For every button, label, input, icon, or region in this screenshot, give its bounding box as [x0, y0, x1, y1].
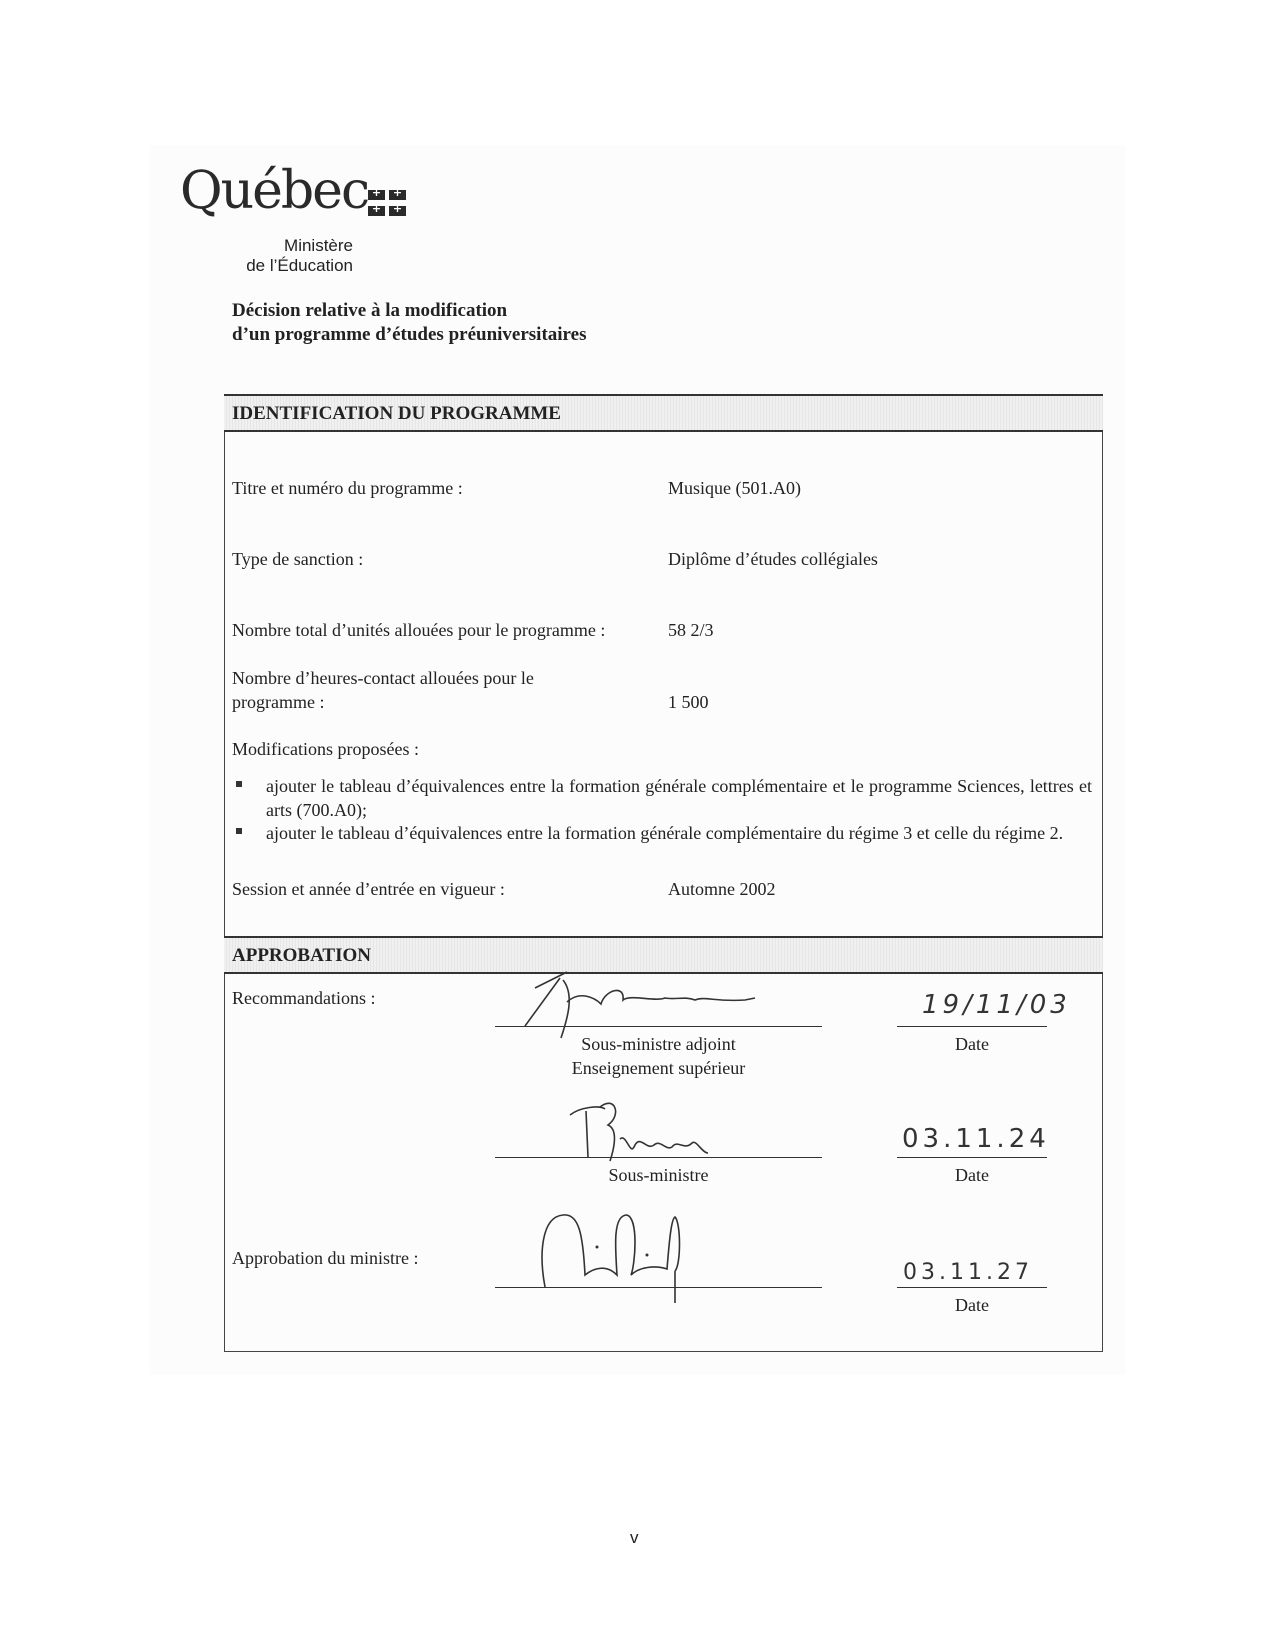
modification-item: ajouter le tableau d’équivalences entre …: [266, 774, 1092, 822]
quebec-logo-wordmark: Québec: [180, 165, 368, 217]
date-label-3: Date: [897, 1293, 1047, 1317]
program-title-value: Musique (501.A0): [668, 478, 801, 499]
document-title-line2: d’un programme d’études préuniversitaire…: [232, 324, 586, 346]
program-title-label: Titre et numéro du programme :: [232, 478, 463, 499]
contact-hours-value: 1 500: [668, 692, 709, 713]
identification-section-header: IDENTIFICATION DU PROGRAMME: [224, 394, 1103, 432]
page-number: v: [630, 1528, 639, 1548]
date-line-1: [897, 1026, 1047, 1027]
minister-approval-label: Approbation du ministre :: [232, 1248, 418, 1269]
signature-line-3: [495, 1287, 822, 1288]
document-title-line1: Décision relative à la modification: [232, 300, 507, 322]
signatory-1-title-line1: Sous-ministre adjoint: [495, 1032, 822, 1056]
identification-section-title: IDENTIFICATION DU PROGRAMME: [232, 403, 561, 425]
signatory-2-title: Sous-ministre: [495, 1163, 822, 1187]
handwritten-date-3: 03.11.27: [903, 1260, 1033, 1285]
signature-line-1: [495, 1026, 822, 1027]
handwritten-date-2: 03.11.24: [902, 1124, 1050, 1154]
sanction-type-value: Diplôme d’études collégiales: [668, 549, 878, 570]
contact-hours-label-line2: programme :: [232, 692, 324, 713]
handwritten-date-1: 19/11/03: [922, 990, 1071, 1020]
bullet-icon: [236, 828, 242, 834]
date-label-1: Date: [897, 1032, 1047, 1056]
total-units-label: Nombre total d’unités allouées pour le p…: [232, 620, 605, 641]
bullet-icon: [236, 781, 242, 787]
signature-2-icon: [560, 1095, 760, 1165]
session-label: Session et année d’entrée en vigueur :: [232, 879, 505, 900]
approbation-section-title: APPROBATION: [232, 945, 371, 967]
signatory-1-title-line2: Enseignement supérieur: [495, 1056, 822, 1080]
signature-3-icon: [535, 1205, 715, 1305]
ministry-name-line2: de l’Éducation: [153, 256, 353, 276]
session-value: Automne 2002: [668, 879, 776, 900]
contact-hours-label-line1: Nombre d’heures-contact allouées pour le: [232, 668, 534, 689]
date-line-3: [897, 1287, 1047, 1288]
recommandations-label: Recommandations :: [232, 988, 375, 1009]
ministry-name-line1: Ministère: [153, 236, 353, 256]
sanction-type-label: Type de sanction :: [232, 549, 363, 570]
signature-1-icon: [505, 960, 805, 1040]
modifications-label: Modifications proposées :: [232, 739, 419, 760]
modification-item: ajouter le tableau d’équivalences entre …: [266, 821, 1092, 845]
date-label-2: Date: [897, 1163, 1047, 1187]
date-line-2: [897, 1157, 1047, 1158]
total-units-value: 58 2/3: [668, 620, 714, 641]
signature-line-2: [495, 1157, 822, 1158]
